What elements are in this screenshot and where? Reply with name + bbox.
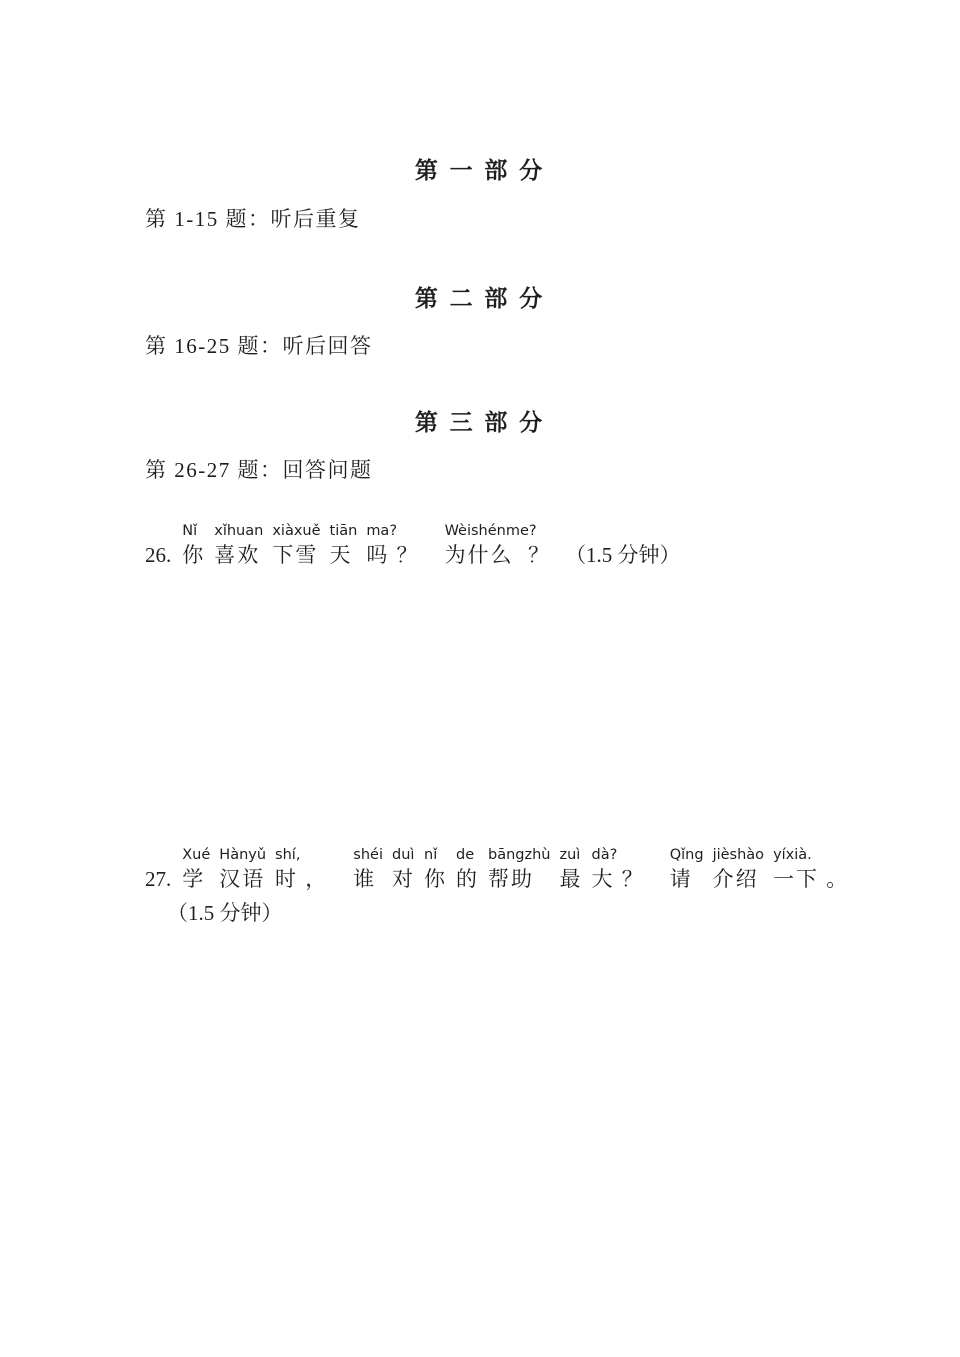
- word-unit: xǐhuan喜欢: [214, 520, 263, 569]
- hanzi-text: 谁: [353, 866, 376, 893]
- word-unit: shéi谁: [353, 844, 383, 893]
- pinyin-text: Qǐng: [670, 844, 704, 866]
- hanzi-text: 对: [392, 866, 415, 893]
- word-unit: ma?吗 ？: [366, 520, 419, 569]
- word-unit: yíxià.一下 。: [773, 844, 849, 893]
- pinyin-text: de: [456, 844, 474, 866]
- word-unit: duì对: [392, 844, 415, 893]
- pinyin-text: shí,: [275, 844, 300, 866]
- word-unit: tiān天: [330, 520, 358, 569]
- word-unit: shí,时 ，: [275, 844, 328, 893]
- pinyin-text: Xué: [182, 844, 210, 866]
- pinyin-text: Hànyǔ: [219, 844, 266, 866]
- question-26-number: 26.: [145, 542, 171, 569]
- hanzi-text: 下雪: [272, 542, 318, 569]
- hanzi-text: 一下 。: [773, 866, 849, 893]
- hanzi-text: 你: [424, 866, 447, 893]
- hanzi-text: 帮助: [488, 866, 534, 893]
- document-page: 第 一 部 分 第 1-15 题：听后重复 第 二 部 分 第 16-25 题：…: [0, 0, 960, 1357]
- question-27-number: 27.: [145, 866, 171, 893]
- word-unit: bāngzhù帮助: [488, 844, 550, 893]
- word-unit: dà?大 ？: [591, 844, 644, 893]
- part-3-heading: 第 三 部 分: [0, 404, 960, 437]
- hanzi-text: 为什么 ？: [445, 542, 552, 569]
- word-unit: xiàxuě下雪: [272, 520, 320, 569]
- pinyin-text: jièshào: [713, 844, 764, 866]
- pinyin-text: Wèishénme?: [445, 520, 537, 542]
- word-unit: Wèishénme?为什么 ？: [445, 520, 552, 569]
- word-unit: Hànyǔ汉语: [219, 844, 266, 893]
- part-2-subtitle: 第 16-25 题：听后回答: [145, 330, 373, 360]
- hanzi-text: 请: [670, 866, 693, 893]
- hanzi-text: 你: [182, 542, 205, 569]
- part-3-subtitle: 第 26-27 题：回答问题: [145, 454, 373, 484]
- question-27-words: Xué学Hànyǔ汉语shí,时 ，shéi谁duì对nǐ你de的bāngzhù…: [182, 844, 858, 893]
- question-26-duration: （1.5 分钟）: [565, 542, 681, 569]
- pinyin-text: yíxià.: [773, 844, 812, 866]
- hanzi-text: 介绍: [713, 866, 759, 893]
- hanzi-text: 喜欢: [214, 542, 260, 569]
- hanzi-text: 天: [330, 542, 353, 569]
- hanzi-text: 最: [559, 866, 582, 893]
- pinyin-text: tiān: [330, 520, 358, 542]
- word-unit: de的: [456, 844, 479, 893]
- hanzi-text: 大 ？: [591, 866, 644, 893]
- pinyin-text: nǐ: [424, 844, 437, 866]
- pinyin-text: shéi: [353, 844, 383, 866]
- part-1-heading: 第 一 部 分: [0, 152, 960, 185]
- pinyin-text: duì: [392, 844, 414, 866]
- word-unit: Xué学: [182, 844, 210, 893]
- question-26: 26. Nǐ你xǐhuan喜欢xiàxuě下雪tiān天ma?吗 ？Wèishé…: [145, 520, 681, 569]
- word-unit: nǐ你: [424, 844, 447, 893]
- word-unit: jièshào介绍: [713, 844, 764, 893]
- question-27: 27. Xué学Hànyǔ汉语shí,时 ，shéi谁duì对nǐ你de的bān…: [145, 844, 858, 893]
- pinyin-text: zuì: [559, 844, 580, 866]
- hanzi-text: 汉语: [219, 866, 265, 893]
- part-1-subtitle: 第 1-15 题：听后重复: [145, 203, 361, 233]
- pinyin-text: xiàxuě: [272, 520, 320, 542]
- word-unit: zuì最: [559, 844, 582, 893]
- part-2-heading: 第 二 部 分: [0, 280, 960, 313]
- word-unit: Qǐng请: [670, 844, 704, 893]
- pinyin-text: bāngzhù: [488, 844, 550, 866]
- pinyin-text: Nǐ: [182, 520, 197, 542]
- pinyin-text: dà?: [591, 844, 617, 866]
- hanzi-text: 学: [182, 866, 205, 893]
- pinyin-text: ma?: [366, 520, 397, 542]
- hanzi-text: 的: [456, 866, 479, 893]
- word-unit: Nǐ你: [182, 520, 205, 569]
- question-26-words: Nǐ你xǐhuan喜欢xiàxuě下雪tiān天ma?吗 ？Wèishénme?…: [182, 520, 560, 569]
- pinyin-text: xǐhuan: [214, 520, 263, 542]
- hanzi-text: 时 ，: [275, 866, 328, 893]
- hanzi-text: 吗 ？: [366, 542, 419, 569]
- question-27-duration: （1.5 分钟）: [167, 897, 283, 927]
